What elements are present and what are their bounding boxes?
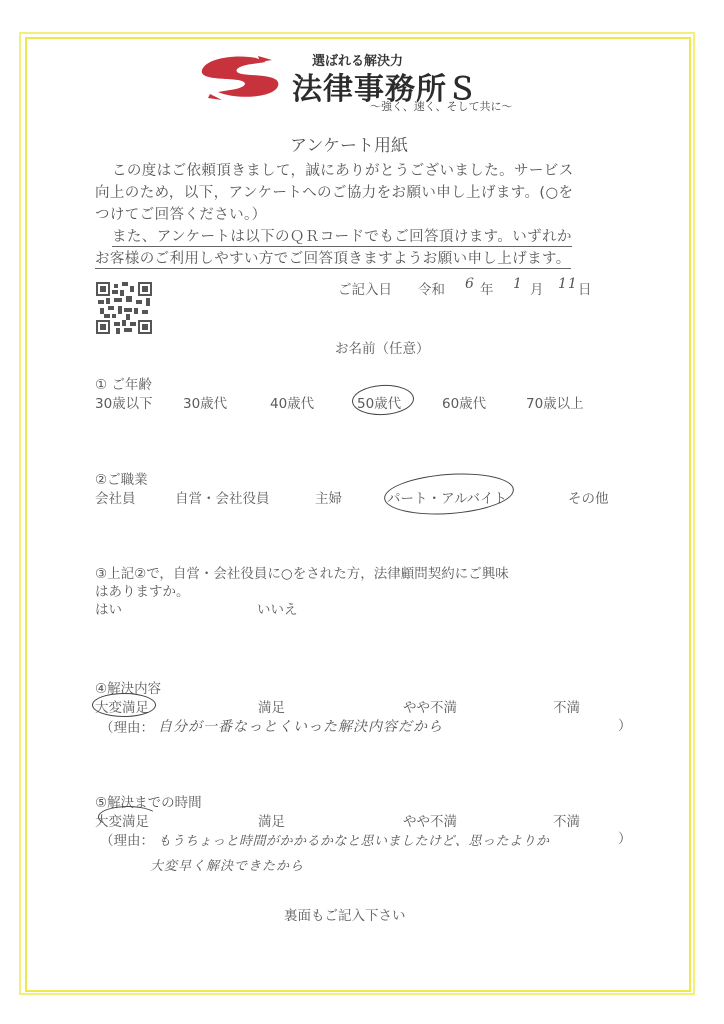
q4-option-dissatisfied[interactable]: 不満 <box>553 696 580 716</box>
q2-option-self-employed[interactable]: 自営・会社役員 <box>175 487 270 507</box>
date-year-unit: 年 <box>480 278 494 298</box>
q4-option-satisfied[interactable]: 満足 <box>258 696 285 716</box>
date-era: 令和 <box>418 278 445 298</box>
s-swoosh-logo-icon <box>196 54 284 104</box>
date-label: ご記入日 <box>338 278 392 298</box>
q4-reason-text[interactable]: 自分が一番なっとくいった解決内容だから <box>158 716 443 736</box>
q5-option-dissatisfied[interactable]: 不満 <box>553 810 580 830</box>
firm-motto: ～強く、速く、そして共に～ <box>370 98 513 114</box>
q2-option-other[interactable]: その他 <box>568 487 609 507</box>
q1-option-70plus[interactable]: 70歳以上 <box>526 392 584 412</box>
q3-label-line-2: はありますか。 <box>95 580 190 600</box>
q1-label: ① ご年齢 <box>95 373 152 393</box>
form-title: アンケート用紙 <box>290 131 408 156</box>
q5-selection-circle <box>98 806 158 828</box>
q5-option-somewhat-dissatisfied[interactable]: やや不満 <box>403 810 457 830</box>
q3-option-yes[interactable]: はい <box>95 598 122 618</box>
q1-option-60s[interactable]: 60歳代 <box>442 392 486 412</box>
date-day-unit: 日 <box>578 278 592 298</box>
q4-reason-close: ） <box>618 714 632 734</box>
intro-line-3: つけてご回答ください。） <box>95 203 267 224</box>
date-day-value[interactable]: 11 <box>558 276 578 292</box>
q4-reason-open: （理由： <box>100 716 154 736</box>
q4-selection-circle <box>92 693 156 717</box>
date-year-value[interactable]: 6 <box>465 276 475 292</box>
q1-option-40s[interactable]: 40歳代 <box>270 392 314 412</box>
qr-code-icon[interactable] <box>96 282 152 334</box>
name-label: お名前（任意） <box>335 337 430 357</box>
footer-note: 裏面もご記入下さい <box>284 904 406 924</box>
q4-option-somewhat-dissatisfied[interactable]: やや不満 <box>403 696 457 716</box>
q1-option-under30[interactable]: 30歳以下 <box>95 392 153 412</box>
q1-option-30s[interactable]: 30歳代 <box>183 392 227 412</box>
q5-option-satisfied[interactable]: 満足 <box>258 810 285 830</box>
q2-option-homemaker[interactable]: 主婦 <box>315 487 342 507</box>
qr-notice-line-1: また、アンケートは以下のＱＲコードでもご回答頂けます。いずれか <box>112 225 572 246</box>
q2-label: ②ご職業 <box>95 468 148 488</box>
q5-reason-text-line-1[interactable]: もうちょっと時間がかかるかなと思いましたけど、思ったよりか <box>158 830 550 849</box>
date-month-value[interactable]: 1 <box>513 276 523 292</box>
q3-label-line-1: ③上記②で，自営・会社役員に○をされた方，法律顧問契約にご興味 <box>95 562 509 582</box>
intro-line-1: この度はご依頼頂きまして，誠にありがとうございました。サービス <box>112 159 574 180</box>
q5-reason-text-line-2[interactable]: 大変早く解決できたから <box>150 855 304 874</box>
intro-line-2: 向上のため，以下，アンケートへのご協力をお願い申し上げます。(○を <box>95 181 573 202</box>
qr-notice-line-2: お客様のご利用しやすい方でご回答頂きますようお願い申し上げます。 <box>95 247 571 268</box>
q3-option-no[interactable]: いいえ <box>257 598 298 618</box>
q5-reason-open: （理由： <box>100 829 154 849</box>
q2-option-employee[interactable]: 会社員 <box>95 487 136 507</box>
date-month-unit: 月 <box>530 278 544 298</box>
q5-reason-close: ） <box>618 827 632 847</box>
